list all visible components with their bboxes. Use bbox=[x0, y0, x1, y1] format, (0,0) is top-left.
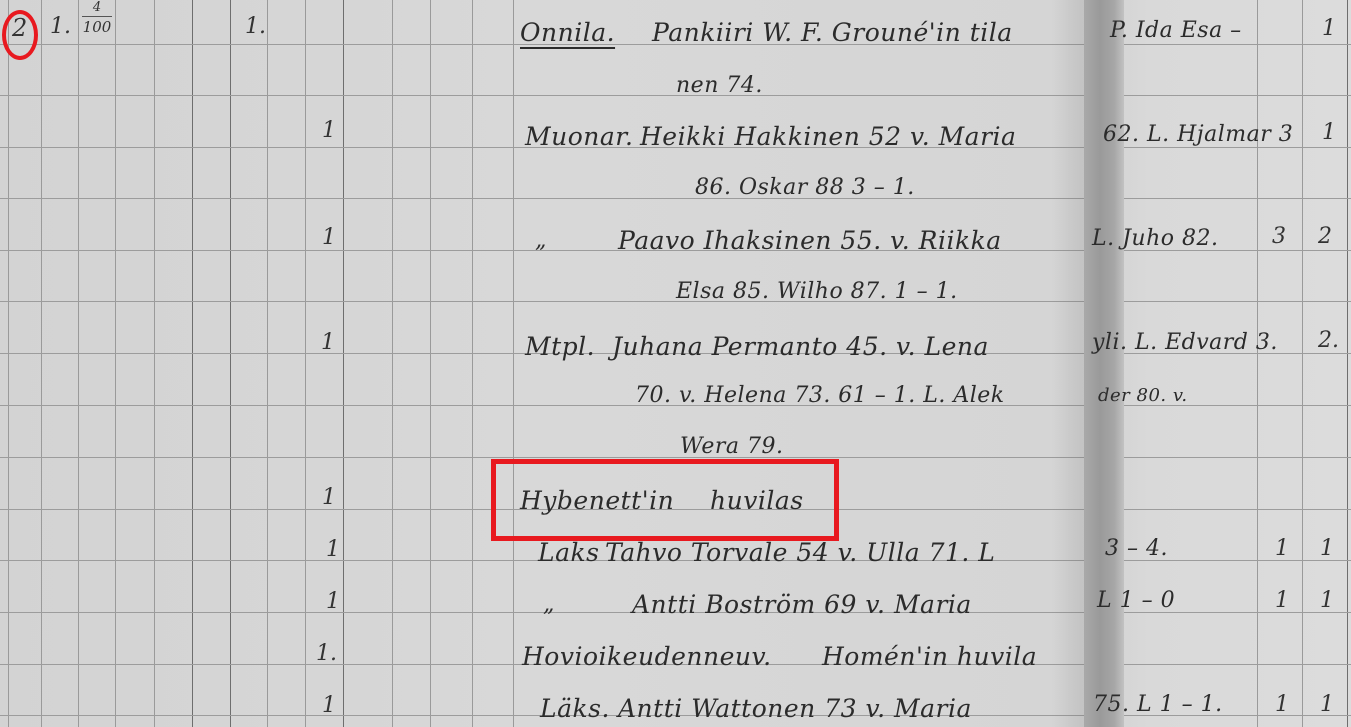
rule-line bbox=[0, 457, 1351, 458]
book-gutter bbox=[1084, 0, 1124, 727]
grid-line bbox=[392, 0, 393, 727]
entry-text: Antti Wattonen 73 v. Maria bbox=[618, 694, 972, 723]
count-col2: 1 bbox=[1322, 16, 1336, 41]
tally-mark: 1 bbox=[321, 330, 335, 355]
entry-text: Tahvo Torvale 54 v. Ulla 71. L bbox=[605, 538, 995, 567]
entry-right: yli. L. Edvard 3. bbox=[1092, 330, 1278, 355]
grid-line bbox=[1302, 0, 1303, 727]
grid-line bbox=[472, 0, 473, 727]
entry-text: Pankiiri W. F. Grouné'in tila bbox=[652, 18, 1013, 47]
entry-right: 75. L 1 – 1. bbox=[1093, 692, 1223, 717]
tally-mark: 1 bbox=[326, 589, 340, 614]
grid-line bbox=[230, 0, 231, 727]
count-col2: 2. bbox=[1318, 328, 1339, 353]
tally-mark: 1 bbox=[322, 485, 336, 510]
entry-text: Heikki Hakkinen 52 v. Maria bbox=[640, 122, 1016, 151]
entry-right: L 1 – 0 bbox=[1097, 588, 1175, 613]
tally-mark: 1 bbox=[322, 693, 336, 718]
grid-line bbox=[1347, 0, 1348, 727]
entry-ditto: „ bbox=[543, 592, 555, 617]
entry-text: 70. v. Helena 73. 61 – 1. L. Alek bbox=[635, 383, 1005, 408]
entry-role: Muonar. bbox=[525, 122, 633, 151]
grid-line bbox=[267, 0, 268, 727]
count-col1: 1 bbox=[1275, 588, 1289, 613]
grid-line bbox=[430, 0, 431, 727]
entry-text: Antti Boström 69 v. Maria bbox=[632, 590, 972, 619]
grid-line bbox=[192, 0, 193, 727]
grid-line bbox=[513, 0, 514, 727]
count-col1: 3 bbox=[1272, 224, 1286, 249]
entry-role: Läks. bbox=[540, 694, 610, 723]
count-col2: 1 bbox=[1320, 692, 1334, 717]
count-col2: 2 bbox=[1318, 224, 1332, 249]
count-col1: 1 bbox=[1275, 692, 1289, 717]
entry-text: Juhana Permanto 45. v. Lena bbox=[612, 332, 989, 361]
entry-text: nen 74. bbox=[676, 73, 763, 98]
count-col2: 1 bbox=[1322, 120, 1336, 145]
entry-text: Wera 79. bbox=[680, 434, 783, 459]
entry-right: 3 – 4. bbox=[1105, 536, 1168, 561]
count-col2: 1 bbox=[1320, 536, 1334, 561]
tally-mark: 1. bbox=[316, 641, 337, 666]
grid-line bbox=[115, 0, 116, 727]
entry-right: der 80. v. bbox=[1098, 385, 1188, 406]
tally-mark: 1 bbox=[322, 225, 336, 250]
fraction-numerator: 4 bbox=[82, 0, 112, 15]
fraction-bar bbox=[82, 16, 112, 17]
grid-line bbox=[343, 0, 344, 727]
ledger-page: 2 1. 4 100 1. 1 1 1 1 1 1 1. 1 Onnila. P… bbox=[0, 0, 1351, 727]
entry-role: Hovioikeudenneuv. bbox=[522, 642, 772, 671]
entry-right: P. Ida Esa – bbox=[1110, 18, 1242, 43]
entry-right: 62. L. Hjalmar 3 bbox=[1103, 122, 1293, 147]
grid-line bbox=[41, 0, 42, 727]
annotation-rectangle bbox=[491, 459, 839, 541]
entry-text: Elsa 85. Wilho 87. 1 – 1. bbox=[676, 279, 958, 304]
gutter-shadow bbox=[1050, 0, 1084, 727]
grid-line bbox=[1257, 0, 1258, 727]
rule-line bbox=[0, 198, 1351, 199]
entry-text: 86. Oskar 88 3 – 1. bbox=[695, 175, 915, 200]
fraction-value: 4 100 bbox=[82, 0, 112, 36]
grid-line bbox=[8, 0, 9, 727]
col-mid-value: 1. bbox=[245, 14, 266, 39]
entry-text: Paavo Ihaksinen 55. v. Riikka bbox=[618, 226, 1002, 255]
grid-line bbox=[154, 0, 155, 727]
entry-text: Homén'in huvila bbox=[822, 642, 1037, 671]
entry-place: Onnila. bbox=[520, 18, 615, 47]
tally-mark: 1 bbox=[322, 118, 336, 143]
count-col2: 1 bbox=[1320, 588, 1334, 613]
entry-role: Mtpl. bbox=[525, 332, 595, 361]
annotation-circle bbox=[2, 10, 38, 60]
tally-mark: 1 bbox=[326, 537, 340, 562]
entry-ditto: „ bbox=[535, 228, 547, 253]
entry-role: Laks bbox=[538, 538, 600, 567]
col2-value: 1. bbox=[50, 14, 71, 39]
count-col1: 1 bbox=[1275, 536, 1289, 561]
grid-line bbox=[78, 0, 79, 727]
fraction-denominator: 100 bbox=[82, 18, 112, 36]
entry-right: L. Juho 82. bbox=[1092, 226, 1218, 251]
grid-line bbox=[305, 0, 306, 727]
